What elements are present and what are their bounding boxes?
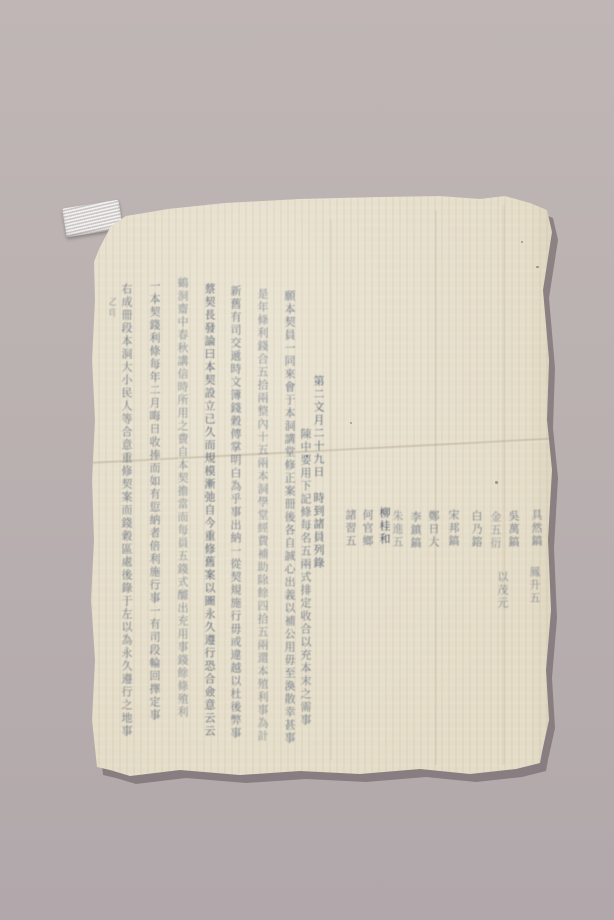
name-column-8: 朱進五 xyxy=(388,510,403,560)
name-column-6: 鄭日大 xyxy=(424,510,439,560)
photo-of-manuscript: 乙印 第二文月二十九日 時到諸員列錄 陳中要用下記條每名五兩式排定收合以充本末之… xyxy=(0,0,614,920)
name-column-1: 具然鎬 xyxy=(527,509,542,559)
name-column-4: 白乃鎔 xyxy=(467,510,482,560)
body-column-8: 右成冊段本洞大小民人等合意重修契案而錢穀區處後錄于左以為永久遵行之地事 xyxy=(117,283,132,768)
foxing-speck xyxy=(536,266,539,268)
edge-mark: 乙印 xyxy=(101,297,116,329)
body-column-1: 陳中要用下記條每名五兩式排定收合以充本末之需事 xyxy=(296,428,311,728)
body-column-6: 鶴洞齋中春秋講信時所用之費自本契擔當而每員五錢式醵出充用事錢餘條殖利 xyxy=(173,277,188,747)
name-column-10: 何官鄉 xyxy=(358,509,373,559)
name-column-7: 李鎮鎬 xyxy=(406,511,421,561)
name-column-3: 金五衍 xyxy=(486,511,501,561)
body-column-3: 是年條利錢合五拾兩整內十五兩本洞學堂經費補助除餘四拾五兩還本殖利事為計 xyxy=(253,288,268,758)
body-column-4: 新舊有司交遞時文簿錢穀傳掌明白為乎事出納一從契規施行毋或違越以杜後弊事 xyxy=(226,285,241,763)
vertical-fold-line xyxy=(330,220,332,760)
name-column-lower-2: 以茂元 xyxy=(493,571,508,617)
name-column-5: 宋邦鎬 xyxy=(444,509,459,559)
body-column-7: 一本契錢利條每年二月晦日收捧而如有愆納者倍利施行事一有司段輪回擇定事 xyxy=(145,280,160,768)
body-column-5: 蔡契長發論曰本契設立已久而規模漸弛自今重修舊案以圖永久遵行恐合僉意云云 xyxy=(200,283,215,765)
foxing-speck xyxy=(521,241,523,243)
name-column-lower-1: 鳳升五 xyxy=(525,566,540,610)
name-column-2: 吳萬鎬 xyxy=(504,510,519,560)
vertical-fold-line xyxy=(435,210,437,765)
name-column-11: 諸習五 xyxy=(341,509,356,559)
vertical-fold-line xyxy=(502,205,505,765)
name-column-9: 柳桂和 xyxy=(375,507,390,557)
date-column: 第二文月二十九日 時到諸員列錄 xyxy=(309,375,324,587)
foxing-speck xyxy=(350,422,352,424)
body-column-2: 願本契員一同來會于本洞講堂修正案冊後各自誠心出義以補公用毋至渙散幸甚事 xyxy=(280,290,295,752)
manuscript-sheet: 乙印 第二文月二十九日 時到諸員列錄 陳中要用下記條每名五兩式排定收合以充本末之… xyxy=(0,0,614,920)
foxing-speck xyxy=(495,481,498,484)
